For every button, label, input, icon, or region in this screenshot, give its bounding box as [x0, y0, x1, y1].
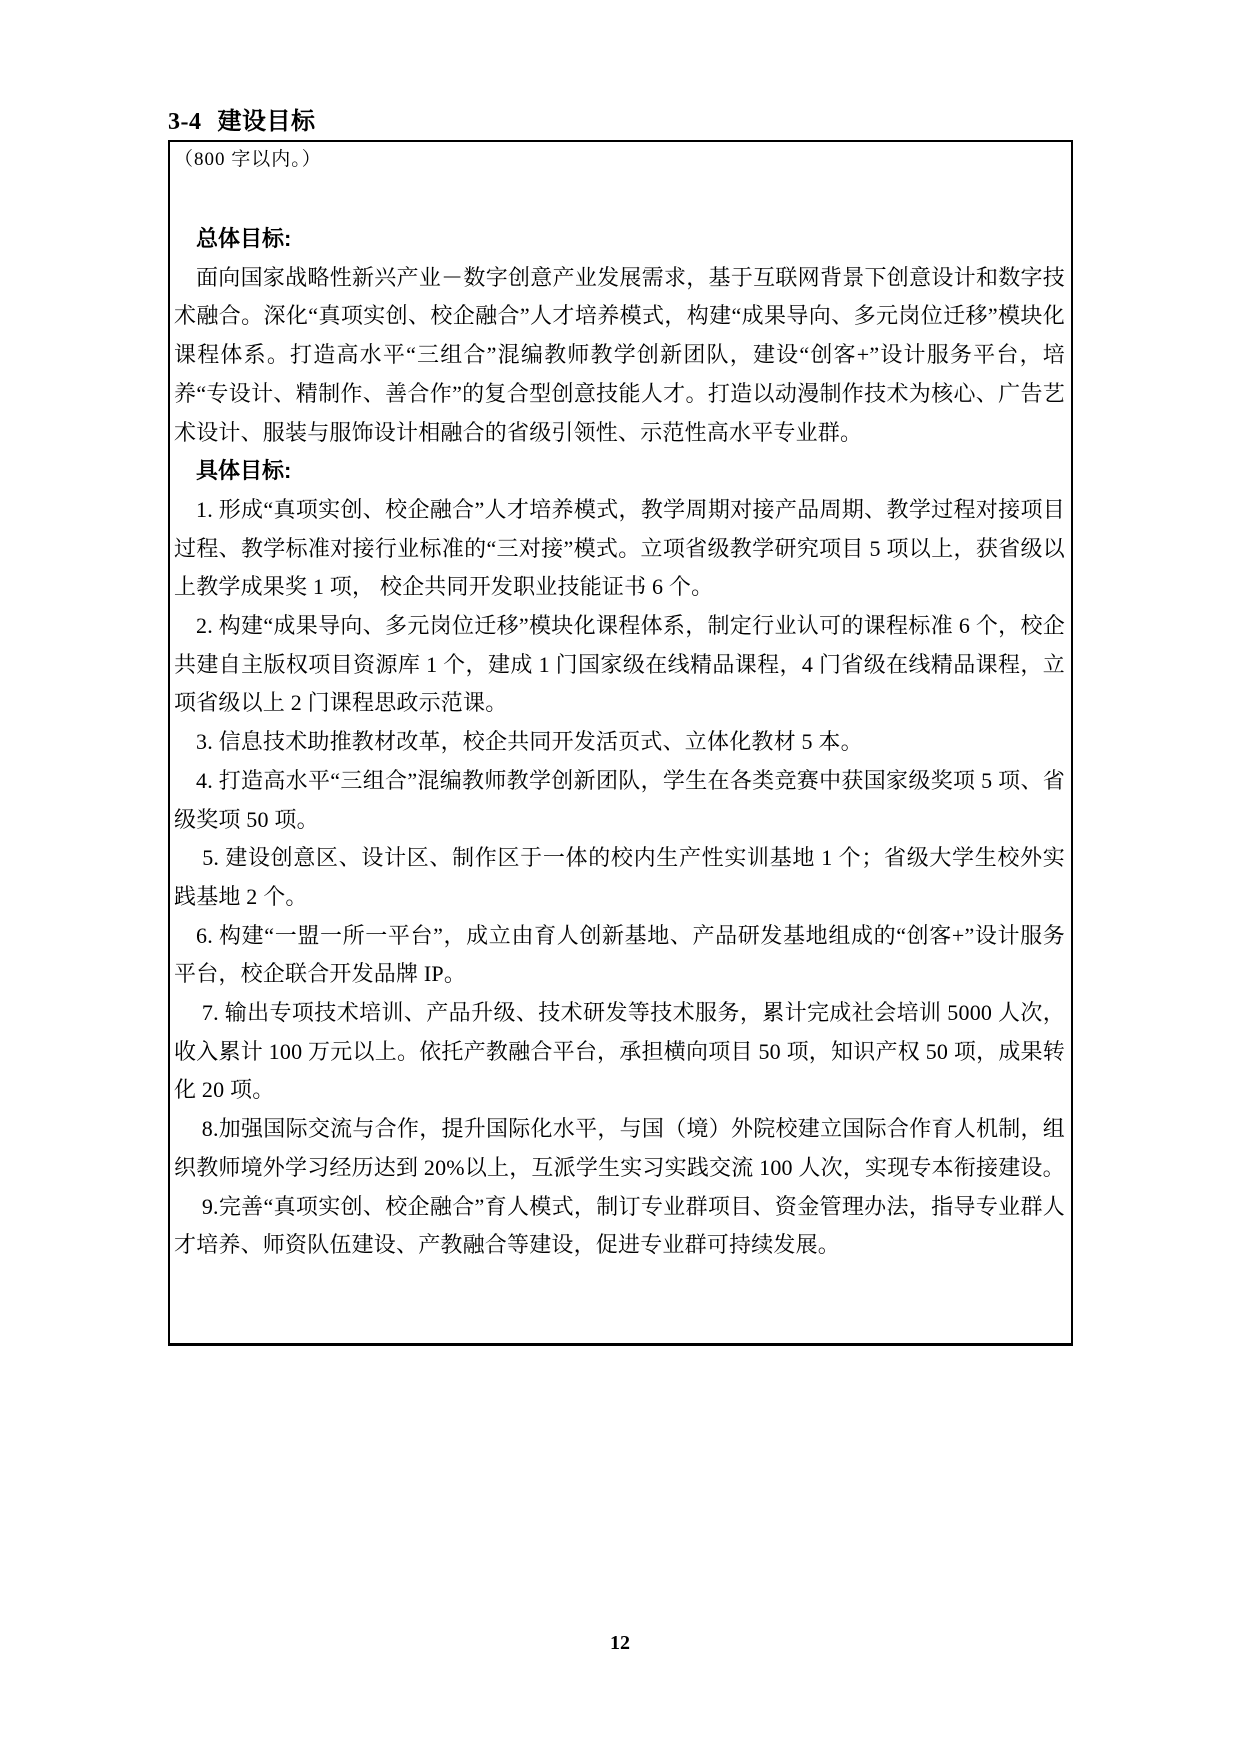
overall-goal-paragraph: 面向国家战略性新兴产业－数字创意产业发展需求，基于互联网背景下创意设计和数字技术… — [174, 259, 1065, 453]
specific-goal-item: 5. 建设创意区、设计区、制作区于一体的校内生产性实训基地 1 个；省级大学生校… — [174, 839, 1065, 916]
specific-goal-item: 4. 打造高水平“三组合”混编教师教学创新团队，学生在各类竞赛中获国家级奖项 5… — [174, 762, 1065, 839]
content-box: （800 字以内。） 总体目标: 面向国家战略性新兴产业－数字创意产业发展需求，… — [168, 140, 1073, 1346]
section-header: 3-4建设目标 — [168, 101, 316, 136]
specific-goal-item: 3. 信息技术助推教材改革，校企共同开发活页式、立体化教材 5 本。 — [174, 723, 1065, 762]
specific-goal-item: 8.加强国际交流与合作，提升国际化水平，与国（境）外院校建立国际合作育人机制，组… — [174, 1110, 1065, 1187]
specific-goal-item: 7. 输出专项技术培训、产品升级、技术研发等技术服务，累计完成社会培训 5000… — [174, 994, 1065, 1110]
page-number: 12 — [0, 1632, 1240, 1655]
word-limit-note: （800 字以内。） — [174, 146, 1065, 174]
section-number: 3-4 — [168, 109, 202, 135]
specific-goal-item: 9.完善“真项实创、校企融合”育人模式，制订专业群项目、资金管理办法，指导专业群… — [174, 1188, 1065, 1265]
specific-goal-item: 1. 形成“真项实创、校企融合”人才培养模式，教学周期对接产品周期、教学过程对接… — [174, 491, 1065, 607]
specific-goal-item: 2. 构建“成果导向、多元岗位迁移”模块化课程体系，制定行业认可的课程标准 6 … — [174, 607, 1065, 723]
section-title: 建设目标 — [218, 108, 316, 135]
specific-goal-heading: 具体目标: — [174, 452, 1065, 491]
overall-goal-heading: 总体目标: — [174, 220, 1065, 259]
document-page: 3-4建设目标 （800 字以内。） 总体目标: 面向国家战略性新兴产业－数字创… — [0, 0, 1240, 1753]
specific-goal-list: 1. 形成“真项实创、校企融合”人才培养模式，教学周期对接产品周期、教学过程对接… — [174, 491, 1065, 1265]
specific-goal-item: 6. 构建“一盟一所一平台”，成立由育人创新基地、产品研发基地组成的“创客+”设… — [174, 917, 1065, 994]
